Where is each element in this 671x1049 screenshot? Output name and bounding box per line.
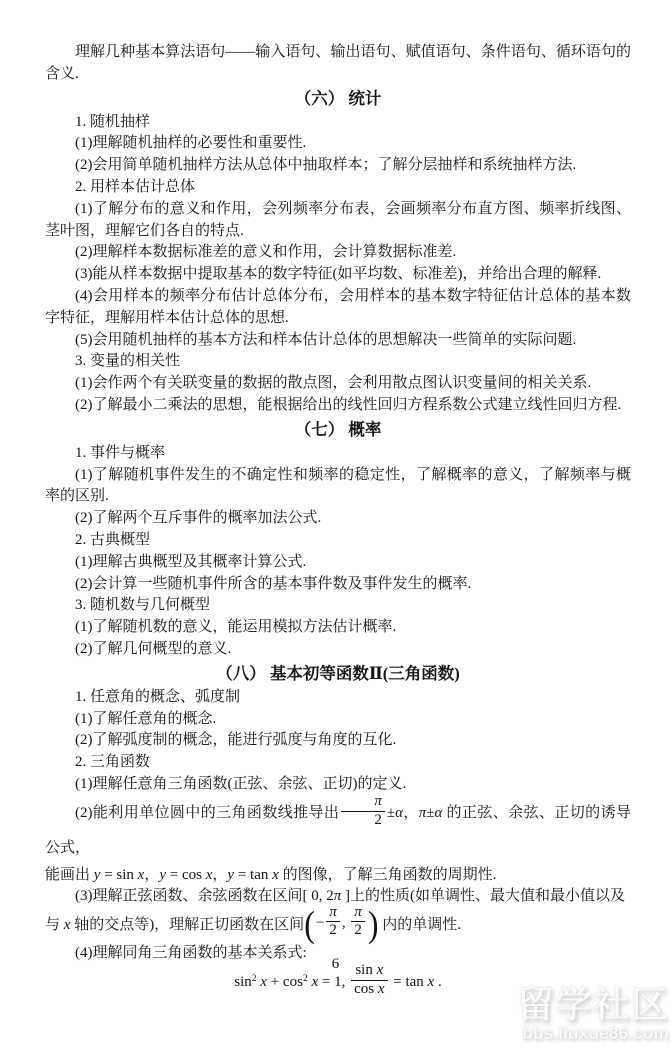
text-segment: 2 [329,922,337,938]
open-paren: ( [304,905,315,942]
paragraph: (1)了解分布的意义和作用，会列频率分布表，会画频率分布直方图、频率折线图、茎叶… [45,199,631,243]
text-segment: [ 0, 2 [303,888,334,904]
text-segment: ± [426,805,434,821]
text-segment: ， [144,867,159,883]
text-segment: 轴的交点等)，理解正切函数在区间 [70,917,304,933]
paragraph: (3)能从样本数据中提取基本的数字特征(如平均数、标准差)，并给出合理的解释. [45,264,631,286]
text-segment: x [378,981,385,997]
paragraph: (5)会用随机抽样的基本方法和样本估计总体的思想解决一些简单的实际问题. [45,330,631,352]
paragraph: 理解几种基本算法语句——输入语句、输出语句、赋值语句、条件语句、循环语句的含义. [45,42,631,86]
text-segment: sin [234,974,252,990]
fraction: π2 [326,905,340,940]
fraction-numerator: π [351,905,365,923]
fraction-denominator: cos x [351,981,387,998]
text-segment: π [329,904,337,920]
watermark-url: bbs.liuxue86.com [517,1024,669,1043]
paragraph: (2)了解两个互斥事件的概率加法公式. [45,508,631,530]
text-segment: . [434,974,442,990]
watermark-title: 留学社区 [517,986,669,1024]
paragraph: 3. 变量的相关性 [45,351,631,373]
paragraph: (1)理解随机抽样的必要性和重要性. [45,133,631,155]
text-segment: (3)理解正弦函数、余弦函数在区间 [75,888,303,904]
fraction: π2 [341,794,385,829]
text-segment: + cos [267,974,303,990]
paragraph: (1)会作两个有关联变量的数据的散点图，会利用散点图认识变量间的相关关系. [45,373,631,395]
page-number: 6 [0,956,671,973]
text-segment: x [257,974,267,990]
text-segment: 的图像，了解三角函数的周期性. [279,867,497,883]
text-segment: , [342,915,350,931]
text-segment: π [374,793,382,809]
text-segment: α [395,805,403,821]
paragraph: (1)了解随机数的意义，能运用模拟方法估计概率. [45,617,631,639]
paragraph: (1)了解随机事件发生的不确定性和频率的稳定性，了解概率的意义，了解频率与概率的… [45,465,631,509]
paragraph: (1)理解任意角三角函数(正弦、余弦、正切)的定义. [45,774,631,796]
fraction-numerator: π [341,794,385,812]
paragraph: (2)会计算一些随机事件所含的基本事件数及事件发生的概率. [45,574,631,596]
text-segment: 内的单调性. [379,917,462,933]
paren-group: (−π2, π2) [304,906,378,941]
paragraph: 与 x 轴的交点等)，理解正切函数在区间(−π2, π2) 内的单调性. [45,908,631,943]
text-segment: = 1, [318,974,349,990]
text-segment: ， [403,805,419,821]
text-segment: 能画出 [45,867,94,883]
text-segment: = sin [100,867,137,883]
paragraph: 2. 古典概型 [45,530,631,552]
document-page: 理解几种基本算法语句——输入语句、输出语句、赋值语句、条件语句、循环语句的含义.… [0,0,671,1049]
text-segment: = cos [166,867,206,883]
text-segment: = tan [390,974,428,990]
text-segment: (2)能利用单位圆中的三角函数线推导出 [75,805,339,821]
text-segment: = tan [234,867,272,883]
paren-inner: −π2, π2 [315,906,368,941]
text-segment: − [316,915,324,931]
section-heading: （六） 统计 [45,87,631,111]
paragraph: 2. 用样本估计总体 [45,177,631,199]
text-segment: 2 [303,974,308,984]
fraction-denominator: 2 [341,812,385,829]
text-segment: 与 [45,917,64,933]
text-segment: x [308,974,318,990]
text-segment: 2 [252,974,257,984]
close-paren: ) [368,905,379,942]
paragraph: 1. 随机抽样 [45,112,631,134]
text-segment: y [159,867,166,883]
fraction-denominator: 2 [326,922,340,939]
paragraph: (2)了解最小二乘法的思想，能根据给出的线性回归方程系数公式建立线性回归方程. [45,395,631,417]
paragraph: 1. 任意角的概念、弧度制 [45,687,631,709]
paragraph: (1)了解任意角的概念. [45,709,631,731]
text-segment: ] [341,888,350,904]
paragraph: (2)能利用单位圆中的三角函数线推导出π2±α，π±α 的正弦、余弦、正切的诱导… [45,796,631,865]
paragraph: (1)理解古典概型及其概率计算公式. [45,552,631,574]
text-segment: 上的性质(如单调性、最大值和最小值以及 [350,888,625,904]
paragraph: 1. 事件与概率 [45,443,631,465]
text-segment: 2 [374,812,382,828]
text-segment: 2 [354,922,362,938]
text-segment: π [354,904,362,920]
paragraph: (2)会用简单随机抽样方法从总体中抽取样本；了解分层抽样和系统抽样方法. [45,155,631,177]
paragraph: 能画出 y = sin x，y = cos x，y = tan x 的图像，了解… [45,865,631,887]
section-heading: （七） 概率 [45,418,631,442]
text-segment: cos [354,981,378,997]
paragraph: (2)理解样本数据标准差的意义和作用，会计算数据标准差. [45,242,631,264]
paragraph: 2. 三角函数 [45,752,631,774]
fraction: π2 [351,905,365,940]
text-segment: ± [387,805,395,821]
document-body: 理解几种基本算法语句——输入语句、输出语句、赋值语句、条件语句、循环语句的含义.… [45,42,631,1001]
paragraph: (2)了解几何概型的意义. [45,639,631,661]
paragraph: 3. 随机数与几何概型 [45,595,631,617]
text-segment: ， [212,867,227,883]
paragraph: (4)会用样本的频率分布估计总体分布，会用样本的基本数字特征估计总体的基本数字特… [45,286,631,330]
section-heading: （八） 基本初等函数Ⅱ(三角函数) [45,662,631,686]
fraction-denominator: 2 [351,922,365,939]
text-segment: x [272,867,279,883]
watermark: 留学社区 bbs.liuxue86.com [517,986,669,1043]
paragraph: (2)了解弧度制的概念，能进行弧度与角度的互化. [45,730,631,752]
fraction-numerator: π [326,905,340,923]
